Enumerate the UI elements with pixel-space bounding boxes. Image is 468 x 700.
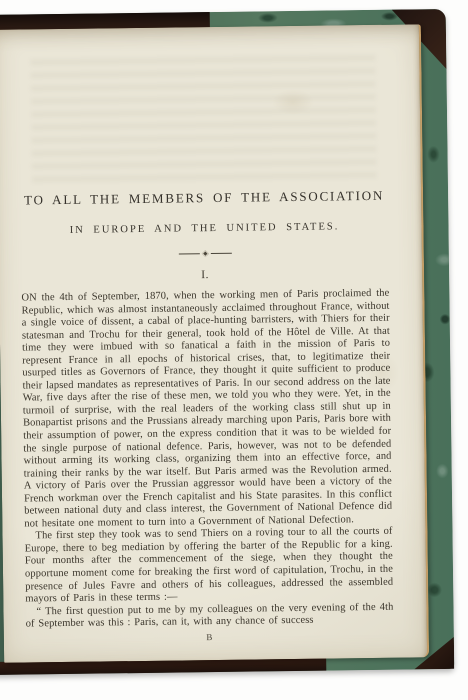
divider-ornament xyxy=(21,249,389,259)
section-number: I. xyxy=(21,267,389,284)
body-paragraph-2: The first step they took was to send Thi… xyxy=(24,526,393,606)
address-title: TO ALL THE MEMBERS OF THE ASSOCIATION xyxy=(20,188,388,209)
book-photo: TO ALL THE MEMBERS OF THE ASSOCIATION IN… xyxy=(0,0,468,700)
printer-signature-mark: B xyxy=(26,629,394,644)
divider-diamond-icon xyxy=(201,250,208,257)
body-paragraph-3: “ The first question put to me by my col… xyxy=(25,601,393,631)
address-subtitle: IN EUROPE AND THE UNITED STATES. xyxy=(20,221,388,237)
body-paragraph-1: ON the 4th of September, 1870, when the … xyxy=(21,288,392,531)
page-content: TO ALL THE MEMBERS OF THE ASSOCIATION IN… xyxy=(0,24,427,662)
book-cover: TO ALL THE MEMBERS OF THE ASSOCIATION IN… xyxy=(0,9,454,675)
divider-rule-left xyxy=(178,253,199,254)
book-page: TO ALL THE MEMBERS OF THE ASSOCIATION IN… xyxy=(0,24,429,663)
divider-rule-right xyxy=(210,253,231,254)
